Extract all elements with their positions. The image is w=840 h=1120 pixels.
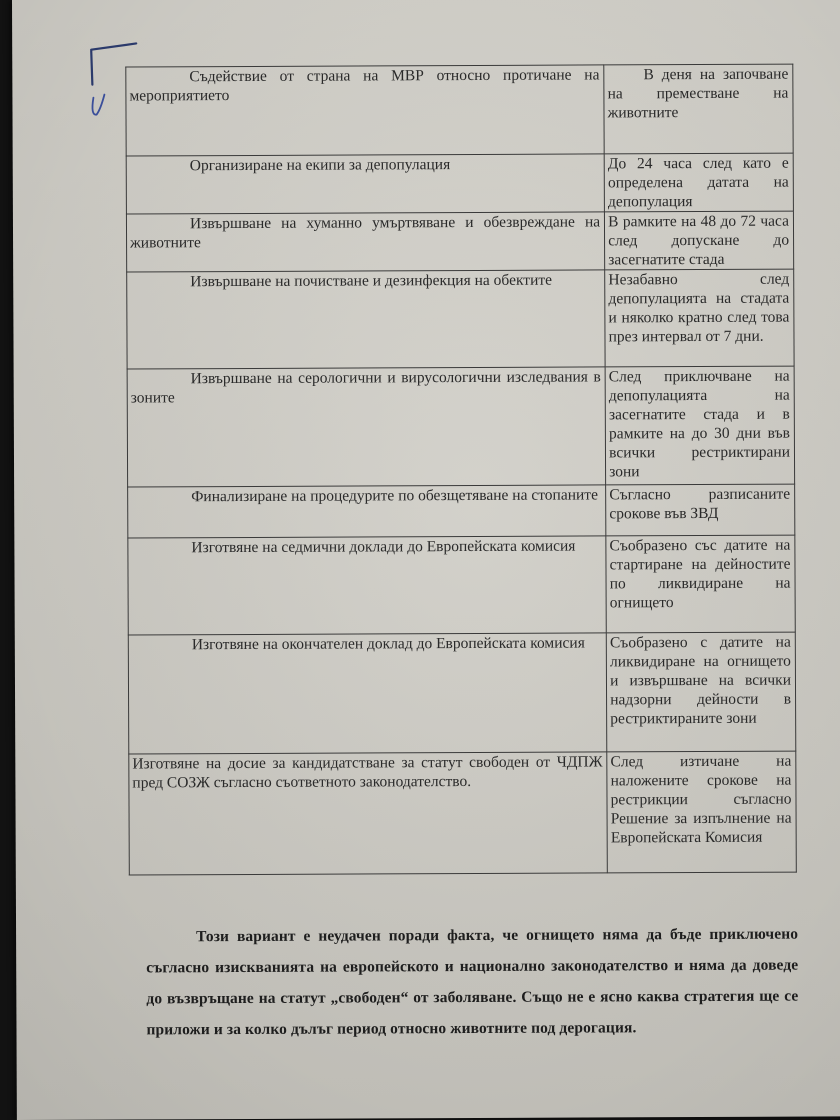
activity-cell: Финализиране на процедурите по обезщетяв…	[128, 485, 606, 538]
deadline-cell: Съобразено със датите на стартиране на д…	[606, 535, 795, 633]
document-page: Съдействие от страна на МВР относно прот…	[12, 0, 840, 1120]
activity-cell: Съдействие от страна на МВР относно прот…	[126, 65, 605, 156]
deadline-cell: Съобразено с датите на ликвидиране на ог…	[606, 632, 795, 752]
deadline-cell: Съгласно разписаните срокове във ЗВД	[606, 484, 795, 536]
activity-cell: Организиране на екипи за депопулация	[126, 154, 604, 214]
table-row: Организиране на екипи за депопулация До …	[126, 153, 793, 214]
table-row: Извършване на хуманно умъртвяване и обез…	[126, 211, 793, 272]
deadline-cell: Незабавно след депопулацията на стадата …	[605, 269, 794, 367]
activity-cell: Изготвяне на окончателен доклад до Европ…	[128, 633, 607, 754]
table-row: Изготвяне на окончателен доклад до Европ…	[128, 632, 796, 754]
table-row: Изготвяне на досие за кандидатстване за …	[129, 751, 797, 875]
table-row: Финализиране на процедурите по обезщетяв…	[128, 484, 795, 538]
action-schedule-table: Съдействие от страна на МВР относно прот…	[125, 64, 797, 876]
table-row: Изготвяне на седмични доклади до Европей…	[128, 535, 795, 635]
deadline-cell: В деня на започване на преместване на жи…	[604, 64, 793, 154]
conclusion-paragraph: Този вариант е неудачен поради факта, че…	[146, 918, 799, 1045]
deadline-cell: До 24 часа след като е определена датата…	[604, 153, 793, 212]
deadline-cell: След приключване на депопулацията на зас…	[605, 366, 794, 485]
table-row: Съдействие от страна на МВР относно прот…	[126, 64, 793, 156]
activity-cell: Извършване на хуманно умъртвяване и обез…	[126, 212, 604, 272]
activity-cell: Извършване на серологични и вирусологичн…	[127, 367, 606, 487]
table-row: Извършване на серологични и вирусологичн…	[127, 366, 795, 487]
activity-cell: Изготвяне на досие за кандидатстване за …	[129, 752, 608, 875]
activity-cell: Изготвяне на седмични доклади до Европей…	[128, 536, 607, 635]
table-row: Извършване на почистване и дезинфекция н…	[127, 269, 794, 369]
activity-cell: Извършване на почистване и дезинфекция н…	[127, 270, 606, 369]
deadline-cell: След изтичане на наложените срокове на р…	[607, 751, 796, 873]
deadline-cell: В рамките на 48 до 72 часа след допускан…	[605, 211, 794, 270]
